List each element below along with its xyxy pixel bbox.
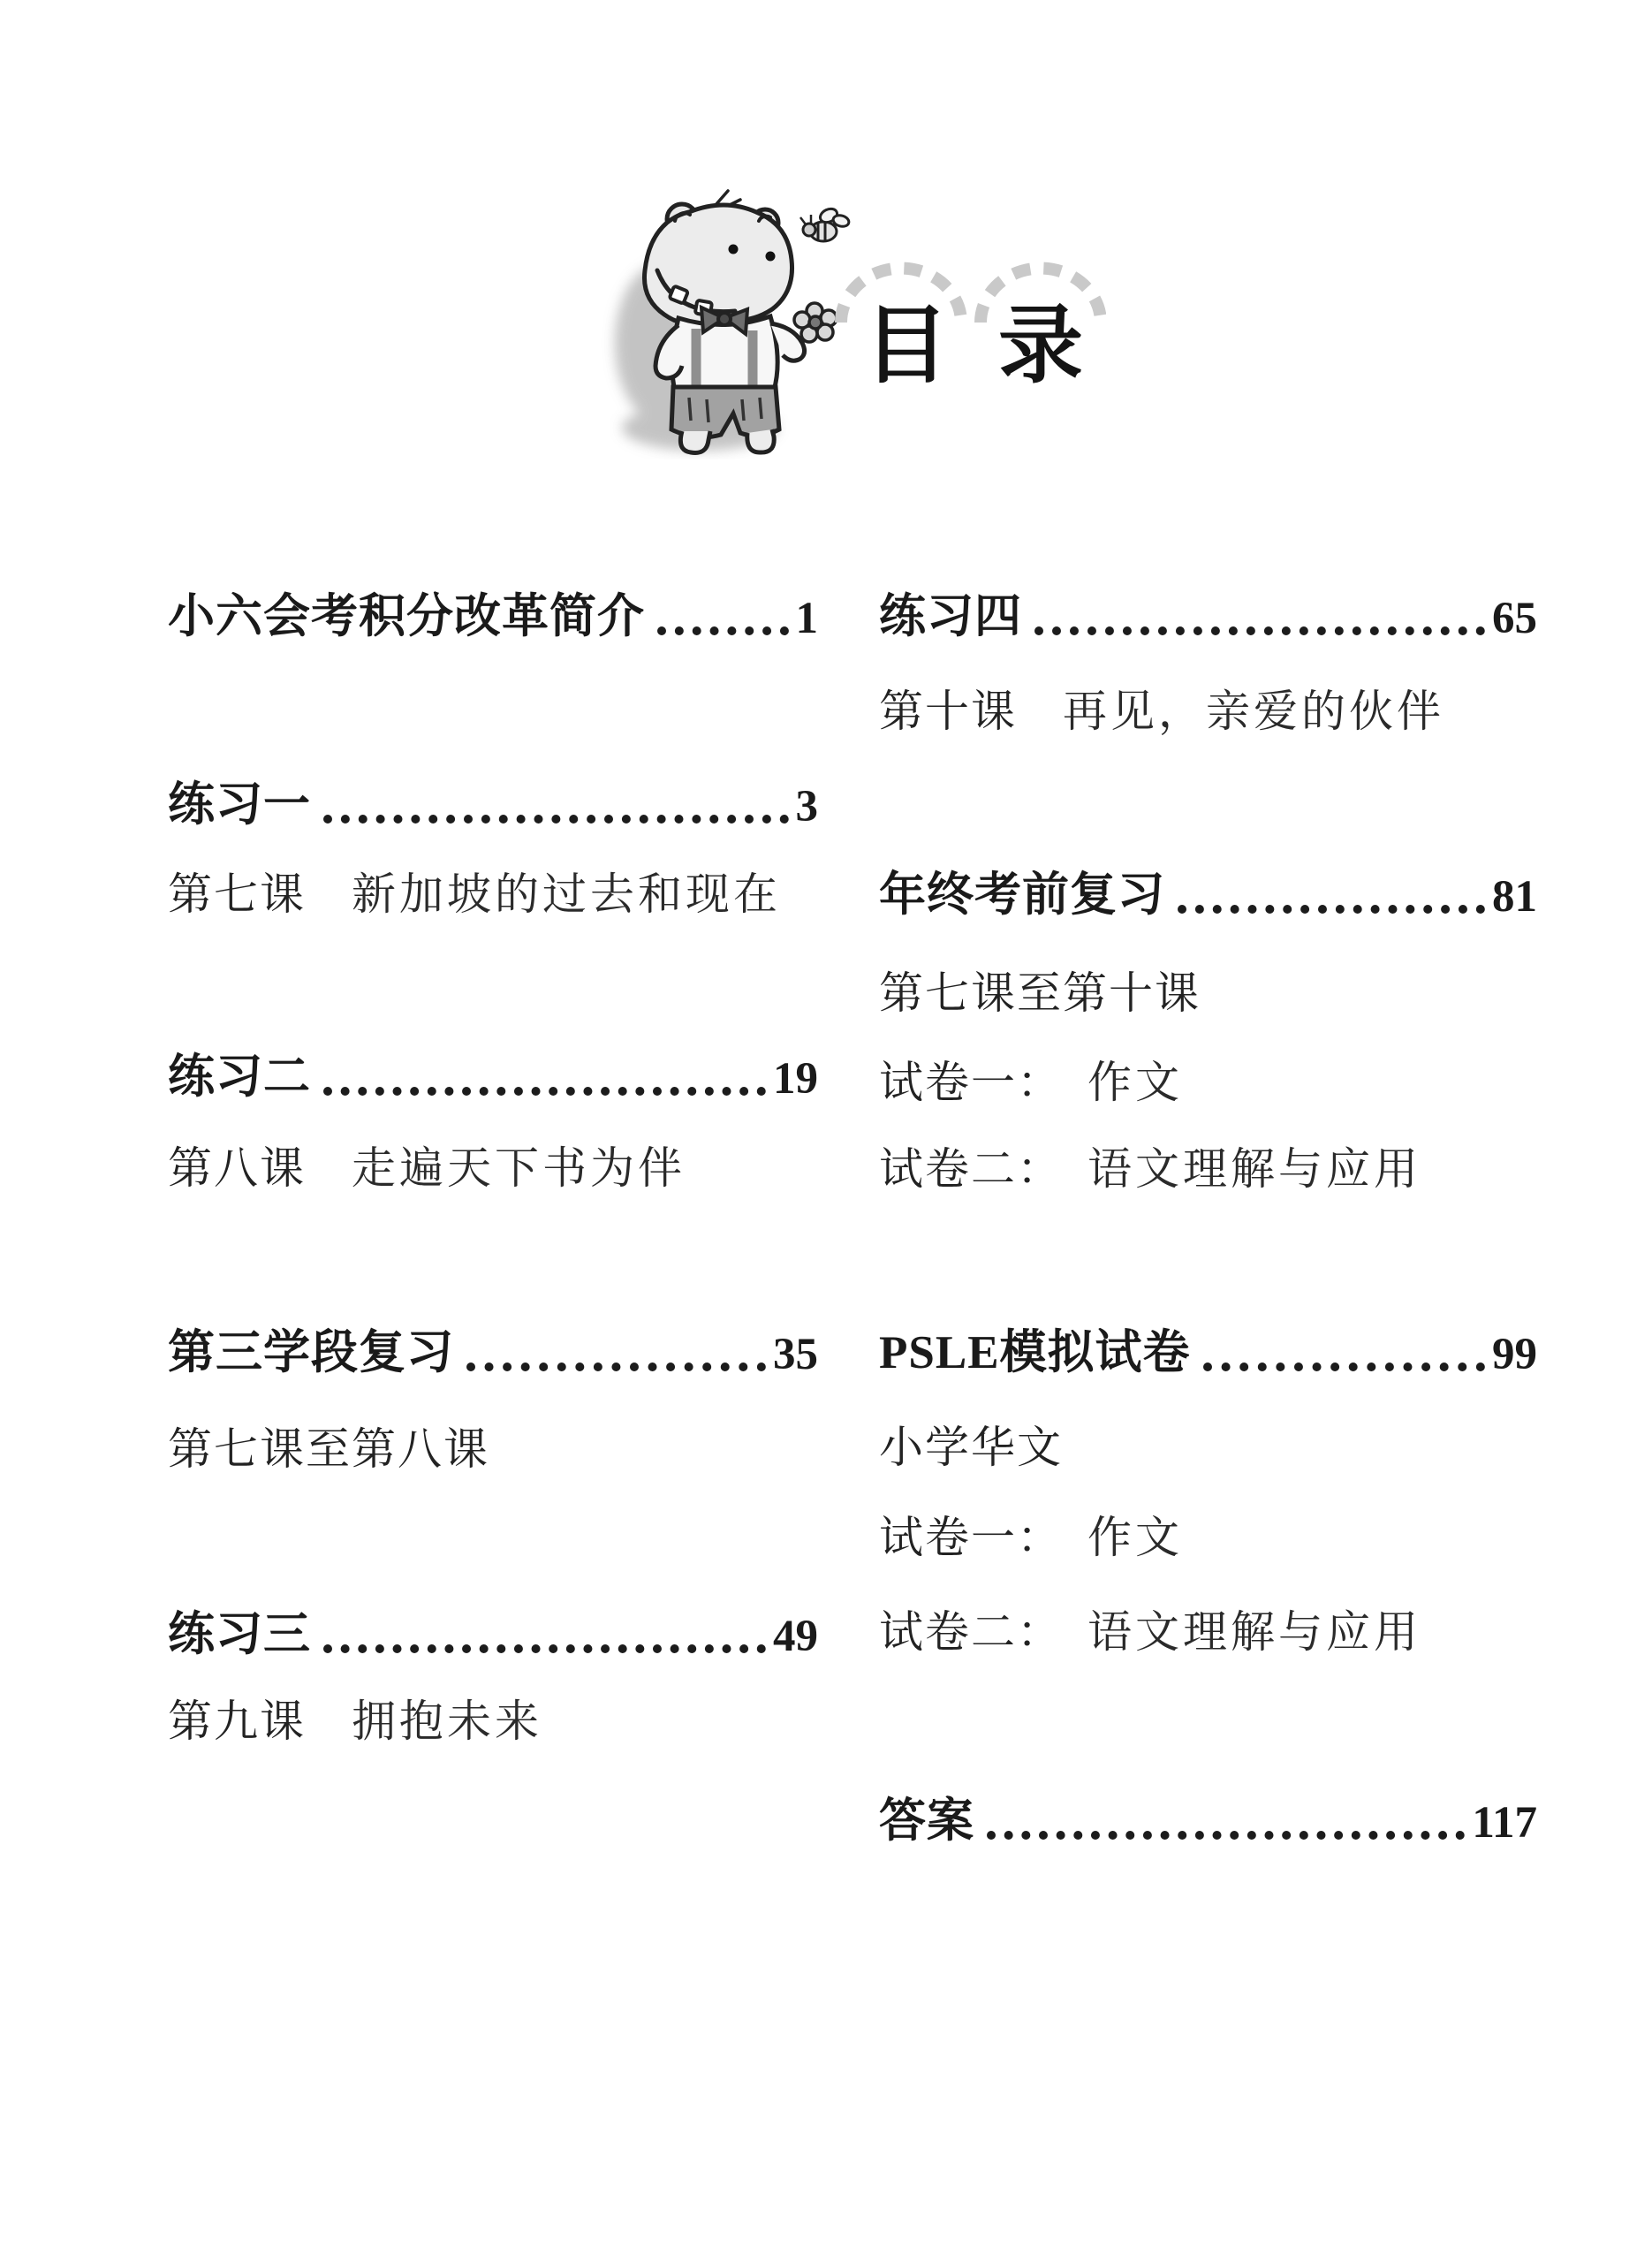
toc-lesson-entry: 第七课 新加坡的过去和现在 — [168, 869, 818, 919]
toc-lesson-entry: 第十课 再见，亲爱的伙伴 — [879, 687, 1537, 736]
toc-entry-label: 练习四 — [879, 591, 1022, 643]
dot-leader — [323, 815, 789, 824]
toc-entry-page: 49 — [773, 1612, 818, 1661]
toc-entry-label: 第七课至第八课 — [168, 1424, 489, 1474]
toc-entry-title: 拥抱未来 — [352, 1696, 542, 1746]
toc-entry-page: 3 — [796, 782, 819, 831]
toc-entry-label: 练习三 — [168, 1609, 311, 1661]
dot-leader — [323, 1644, 766, 1653]
toc-entry-label: 年终考前复习 — [879, 869, 1165, 922]
toc-main-entry: 练习一 3 — [168, 779, 818, 831]
toc-lesson-entry: 试卷二： 语文理解与应用 — [879, 1607, 1537, 1657]
toc-main-entry: 年终考前复习 81 — [879, 869, 1537, 922]
toc-entry-label: 练习一 — [168, 779, 311, 831]
toc-main-entry: 小六会考积分改革简介 1 — [168, 591, 818, 643]
toc-entry-page: 65 — [1492, 594, 1537, 643]
toc-lesson-entry: 第八课 走遍天下书为伴 — [168, 1143, 818, 1193]
toc-main-entry: 答案 117 — [879, 1795, 1537, 1848]
toc-entry-page: 117 — [1472, 1798, 1537, 1848]
dot-leader — [466, 1363, 766, 1371]
toc-entry-label: 小学华文 — [879, 1423, 1063, 1472]
toc-entry-page: 99 — [1492, 1330, 1537, 1379]
toc-entry-label: 第七课至第十课 — [879, 968, 1201, 1018]
dot-leader — [987, 1831, 1465, 1840]
toc-entry-label: 第三学段复习 — [168, 1327, 454, 1379]
toc-lesson-entry: 试卷一： 作文 — [879, 1513, 1537, 1562]
toc-plain-entry: 第七课至第十课 — [879, 968, 1537, 1018]
toc-entry-label: 试卷二： — [879, 1607, 1063, 1657]
dot-leader — [1034, 626, 1485, 635]
toc-plain-entry: 小学华文 — [879, 1423, 1537, 1472]
toc-entry-label: 小六会考积分改革简介 — [168, 591, 645, 643]
toc-entry-label: 第九课 — [168, 1696, 306, 1746]
dot-leader — [657, 626, 789, 635]
toc-entry-title: 新加坡的过去和现在 — [352, 869, 781, 919]
toc-entry-label: 练习二 — [168, 1051, 311, 1104]
toc-column-right: 练习四 65 第十课 再见，亲爱的伙伴 年终考前复习 81 第七课至第十课 试卷… — [879, 0, 1537, 2262]
toc-entry-label: 试卷二： — [879, 1144, 1063, 1194]
toc-column-left: 小六会考积分改革简介 1 练习一 3 第七课 新加坡的过去和现在 练习二 19 … — [168, 0, 818, 2262]
toc-entry-title: 作文 — [1087, 1058, 1183, 1107]
toc-entry-title: 再见，亲爱的伙伴 — [1063, 687, 1444, 736]
dot-leader — [1178, 905, 1485, 914]
toc-page: 目 录 小六会考积分改革简介 1 练习一 3 第七课 新加坡的过去和现在 练习二… — [0, 0, 1652, 2262]
toc-entry-label: 第十课 — [879, 687, 1017, 736]
toc-lesson-entry: 试卷一： 作文 — [879, 1058, 1537, 1107]
toc-main-entry: 练习四 65 — [879, 591, 1537, 643]
toc-entry-label: 答案 — [879, 1795, 974, 1848]
toc-entry-title: 语文理解与应用 — [1087, 1607, 1421, 1657]
dot-leader — [1203, 1363, 1485, 1371]
toc-main-entry: 第三学段复习 35 — [168, 1327, 818, 1379]
toc-main-entry: 练习二 19 — [168, 1051, 818, 1104]
toc-entry-page: 35 — [773, 1330, 818, 1379]
toc-entry-label: PSLE模拟试卷 — [879, 1327, 1191, 1379]
toc-main-entry: PSLE模拟试卷 99 — [879, 1327, 1537, 1379]
toc-entry-label: 第七课 — [168, 869, 306, 919]
dot-leader — [323, 1087, 766, 1096]
toc-entry-title: 走遍天下书为伴 — [352, 1143, 686, 1193]
toc-entry-title: 作文 — [1087, 1513, 1183, 1562]
toc-entry-label: 试卷一： — [879, 1513, 1063, 1562]
toc-lesson-entry: 第九课 拥抱未来 — [168, 1696, 818, 1746]
toc-lesson-entry: 试卷二： 语文理解与应用 — [879, 1144, 1537, 1194]
toc-entry-title: 语文理解与应用 — [1087, 1144, 1421, 1194]
toc-entry-label: 试卷一： — [879, 1058, 1063, 1107]
toc-main-entry: 练习三 49 — [168, 1609, 818, 1661]
toc-entry-label: 第八课 — [168, 1143, 306, 1193]
toc-plain-entry: 第七课至第八课 — [168, 1424, 818, 1474]
toc-entry-page: 81 — [1492, 872, 1537, 922]
toc-entry-page: 19 — [773, 1054, 818, 1104]
toc-entry-page: 1 — [796, 594, 819, 643]
